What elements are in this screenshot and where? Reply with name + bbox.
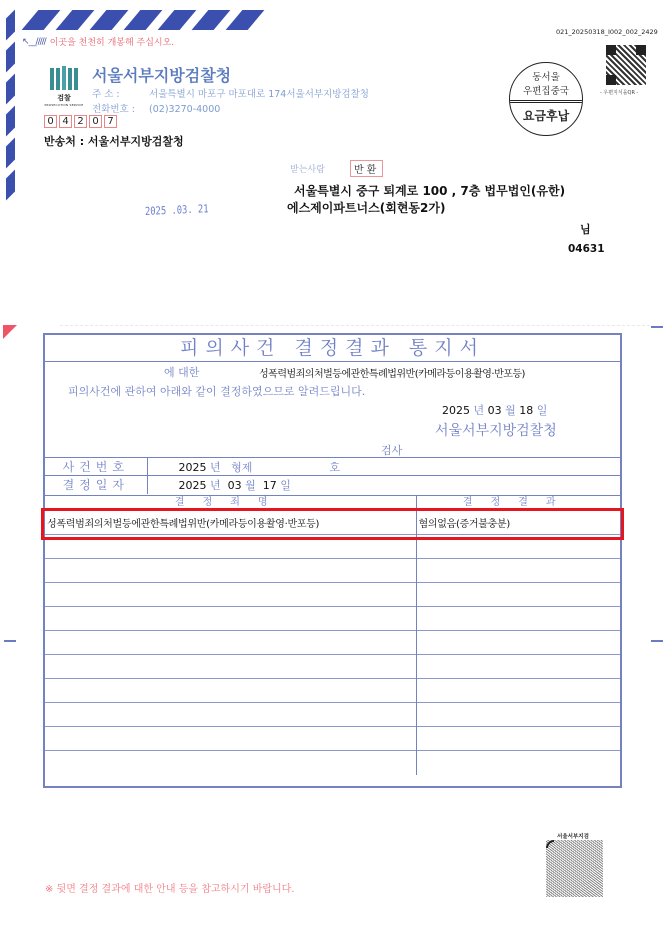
charge-cell	[45, 703, 416, 727]
result-cell	[416, 703, 620, 727]
decision-date-row: 결정일자 2025 년 03 월 17 일	[45, 476, 620, 494]
table-row	[45, 583, 620, 607]
notice-title: 피의사건 결정결과 통지서	[45, 335, 620, 362]
table-row	[45, 703, 620, 727]
sender-zip: 0 4 2 0 7	[44, 115, 117, 128]
charge-cell	[45, 631, 416, 655]
case-number-label: 사건번호	[45, 458, 147, 476]
charge-cell	[45, 583, 416, 607]
issue-month: 03	[488, 404, 502, 417]
case-number-value: 2025 년 형제 호	[147, 458, 620, 476]
sender-phone: 전화번호 : (02)3270-4000	[92, 101, 220, 115]
phone-label: 전화번호 :	[92, 101, 146, 115]
highlight-box	[41, 508, 624, 540]
charge-cell	[45, 679, 416, 703]
regarding-label: 에 대한	[164, 364, 199, 380]
return-to: 반송처 : 서울서부지방검찰청	[44, 133, 184, 149]
qr-caption: - 우편지식을QR -	[600, 89, 638, 96]
phone-value: (02)3270-4000	[149, 104, 220, 115]
table-row	[45, 727, 620, 751]
result-cell	[416, 751, 620, 775]
result-cell	[416, 583, 620, 607]
case-type: 형제	[231, 461, 252, 474]
case-year: 2025	[178, 461, 206, 474]
recipient-zip: 04631	[568, 243, 605, 255]
result-cell	[416, 559, 620, 583]
issuing-office: 서울서부지방검찰청	[435, 420, 557, 440]
charge-cell	[45, 727, 416, 751]
open-hint: ↖__///// 이곳을 천천히 개봉해 주십시오.	[22, 35, 174, 48]
charge-cell	[45, 751, 416, 775]
unit: 월	[245, 479, 256, 492]
date-stamp: 2025 .03. 21	[145, 202, 209, 218]
edge-mark	[651, 640, 663, 642]
zip-digit: 7	[104, 115, 117, 128]
postmark-office: 동서울 우편집중국	[510, 71, 582, 99]
postmark-stamp: 동서울 우편집중국 요금후납	[509, 62, 583, 136]
case-info-table: 사건번호 2025 년 형제 호 결정일자 2025 년 03 월 17	[45, 457, 620, 494]
table-row	[45, 607, 620, 631]
open-hint-text: 이곳을 천천히 개봉해 주십시오.	[50, 35, 174, 48]
qr-code-icon	[606, 45, 646, 85]
sender-name: 서울서부지방검찰청	[92, 63, 231, 86]
footer-note: ※ 뒷면 결정 결과에 대한 안내 등을 참고하시기 바랍니다.	[45, 880, 295, 895]
address-label: 주 소 :	[92, 86, 146, 100]
case-number-row: 사건번호 2025 년 형제 호	[45, 458, 620, 476]
prosecutor-label: 검사	[381, 442, 402, 458]
recipient-honorific: 님	[580, 221, 591, 237]
logo-text: 검찰	[44, 93, 84, 103]
address-value: 서울특별시 마포구 마포대로 174서울서부지방검찰청	[149, 89, 369, 100]
charge-cell	[45, 559, 416, 583]
logo-subtext: PROSECUTION SERVICE	[44, 103, 84, 107]
charge-cell	[45, 607, 416, 631]
qr-code-icon	[546, 840, 603, 897]
regarding-value: 성폭력범죄의처벌등에관한특례법위반(카메라등이용촬영·반포등)	[259, 365, 525, 380]
fold-corner-icon	[3, 325, 17, 339]
table-row	[45, 751, 620, 775]
qr-label: 서울서부지검	[557, 832, 589, 840]
result-cell	[416, 727, 620, 751]
table-row	[45, 679, 620, 703]
envelope-left-stripes	[6, 14, 16, 196]
decision-day: 17	[263, 479, 277, 492]
arrow-left-icon: ↖__/////	[22, 37, 46, 47]
notice-intro: 피의사건에 관하여 아래와 같이 결정하였으므로 알려드립니다.	[68, 383, 365, 399]
table-row	[45, 631, 620, 655]
issue-day: 18	[519, 404, 533, 417]
result-cell	[416, 607, 620, 631]
recipient-address-line2: 에스제이파트너스(회현동2가)	[287, 199, 445, 216]
unit: 년	[210, 461, 221, 474]
result-cell	[416, 679, 620, 703]
postmark-divider	[510, 100, 582, 103]
charge-cell	[45, 655, 416, 679]
unit: 년	[210, 479, 221, 492]
zip-digit: 0	[44, 115, 57, 128]
decision-year: 2025	[178, 479, 206, 492]
edge-mark	[4, 640, 16, 642]
zip-digit: 4	[59, 115, 72, 128]
decision-notice-form: 피의사건 결정결과 통지서 에 대한 성폭력범죄의처벌등에관한특례법위반(카메라…	[43, 333, 622, 788]
decision-date-value: 2025 년 03 월 17 일	[147, 476, 620, 494]
result-cell	[416, 655, 620, 679]
result-cell	[416, 631, 620, 655]
decision-date-label: 결정일자	[45, 476, 147, 494]
issue-year: 2025	[442, 404, 470, 417]
postmark-bottom: 요금후납	[510, 107, 582, 124]
sender-address: 주 소 : 서울특별시 마포구 마포대로 174서울서부지방검찰청	[92, 86, 369, 100]
prosecution-logo: 검찰 PROSECUTION SERVICE	[44, 68, 84, 107]
table-row	[45, 559, 620, 583]
unit: 일	[537, 404, 548, 417]
recipient-address-line1: 서울특별시 중구 퇴계로 100 , 7층 법무법인(유한)	[294, 182, 565, 199]
table-row	[45, 655, 620, 679]
tracking-code: 021_20250318_I002_002_2429	[556, 28, 658, 36]
zip-digit: 0	[89, 115, 102, 128]
unit: 년	[474, 404, 485, 417]
fold-line	[60, 325, 650, 326]
issue-date: 2025 년 03 월 18 일	[442, 402, 547, 418]
zip-digit: 2	[74, 115, 87, 128]
envelope-top-stripes	[30, 10, 260, 30]
unit: 월	[505, 404, 516, 417]
unit: 호	[329, 461, 340, 474]
unit: 일	[280, 479, 291, 492]
edge-mark	[651, 326, 663, 328]
return-status-stamp: 반환	[350, 160, 383, 177]
decision-month: 03	[228, 479, 242, 492]
postmark-line2: 우편집중국	[510, 85, 582, 99]
postmark-line1: 동서울	[510, 71, 582, 85]
recipient-label: 받는사람	[290, 162, 325, 175]
logo-bars-icon	[44, 68, 84, 90]
